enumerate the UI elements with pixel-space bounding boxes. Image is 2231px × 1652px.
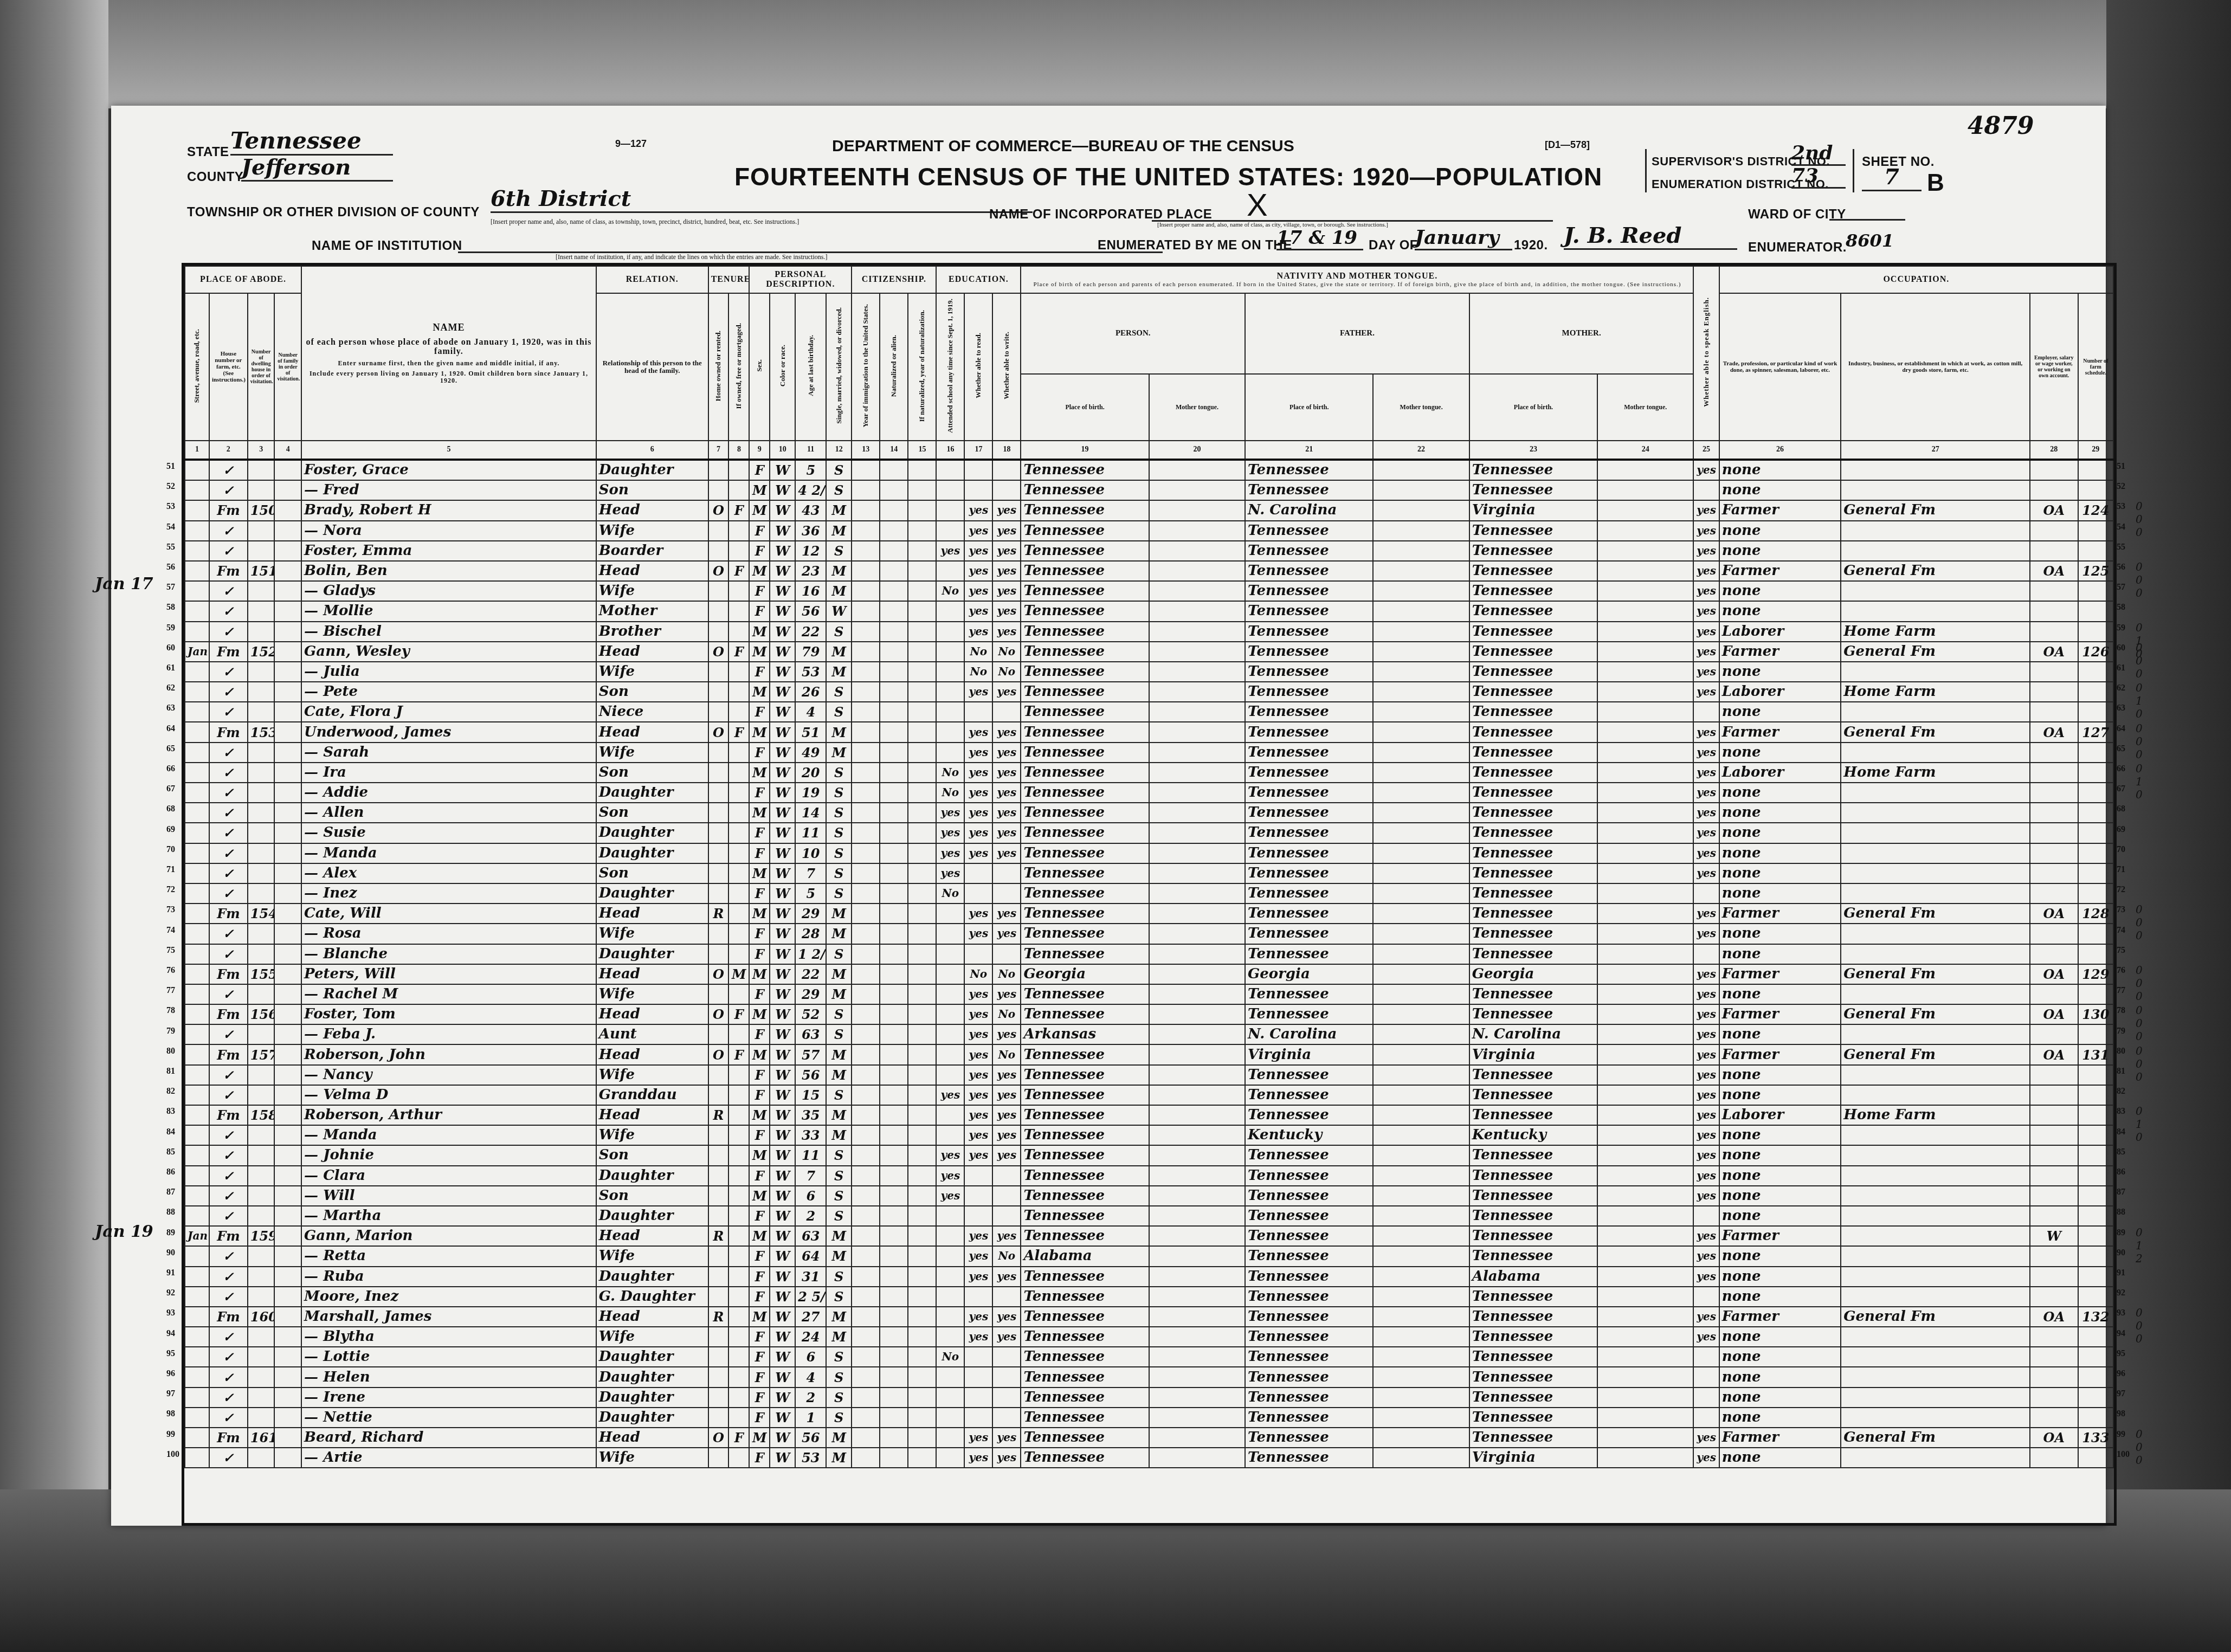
cell-mortgage: F: [728, 500, 749, 520]
cell-mother_pob: Tennessee: [1469, 823, 1597, 843]
cell-farm: [2078, 924, 2113, 944]
cell-empty: [908, 944, 936, 964]
line-number: 72: [2117, 885, 2125, 895]
cell-owned: [708, 1125, 729, 1145]
cell-family: [274, 1065, 301, 1085]
cell-english: [1693, 1206, 1719, 1226]
line-number: 64: [166, 724, 175, 734]
cell-age: 63: [795, 1024, 826, 1044]
cell-empty: [852, 1347, 880, 1367]
cell-father_pob: Tennessee: [1245, 622, 1373, 642]
cell-street: [185, 682, 209, 702]
cell-school: No: [936, 581, 964, 601]
cell-empty: [1149, 1246, 1245, 1266]
cell-relation: Daughter: [596, 1367, 708, 1387]
cell-father_pob: N. Carolina: [1245, 500, 1373, 520]
line-number: 71: [166, 865, 175, 875]
cell-empty: [1373, 1226, 1469, 1246]
header-c28: Employer, salary or wage worker, or work…: [2030, 293, 2078, 441]
cell-empty: [880, 944, 908, 964]
cell-employer: [2030, 1065, 2078, 1085]
cell-industry: General Fm: [1841, 642, 2030, 662]
cell-family: [274, 1206, 301, 1226]
cell-mother_pob: Tennessee: [1469, 642, 1597, 662]
line-number: 52: [2117, 482, 2125, 492]
cell-marital: M: [826, 1065, 852, 1085]
cell-sex: M: [749, 682, 770, 702]
cell-age: 14: [795, 803, 826, 823]
line-number: 63: [166, 704, 175, 713]
line-number: 74: [166, 926, 175, 935]
cell-write: yes: [992, 904, 1021, 924]
cell-employer: [2030, 460, 2078, 480]
cell-industry: [1841, 460, 2030, 480]
cell-race: W: [770, 1206, 795, 1226]
cell-name: — Sarah: [301, 743, 596, 763]
cell-employer: OA: [2030, 500, 2078, 520]
cell-industry: [1841, 863, 2030, 883]
cell-empty: [880, 1388, 908, 1408]
cell-empty: [852, 581, 880, 601]
cell-mother_pob: Tennessee: [1469, 1408, 1597, 1428]
cell-dwelling: [248, 662, 275, 682]
cell-empty: [1149, 1307, 1245, 1327]
cell-mortgage: [728, 924, 749, 944]
cell-marital: M: [826, 1226, 852, 1246]
cell-empty: [852, 1065, 880, 1085]
cell-school: [936, 1327, 964, 1347]
cell-mortgage: [728, 823, 749, 843]
line-number: 95: [2117, 1349, 2125, 1359]
line-number: 70: [166, 845, 175, 855]
cell-age: 53: [795, 1448, 826, 1468]
column-number: 8: [728, 441, 749, 460]
cell-marital: S: [826, 843, 852, 863]
cell-trade: none: [1719, 1367, 1841, 1387]
cell-write: yes: [992, 500, 1021, 520]
cell-sex: F: [749, 1367, 770, 1387]
table-row: Fm153Underwood, JamesHeadOFMW51MyesyesTe…: [185, 722, 2113, 742]
line-number: 80: [166, 1047, 175, 1056]
cell-industry: Home Farm: [1841, 763, 2030, 783]
cell-age: 24: [795, 1327, 826, 1347]
cell-age: 31: [795, 1267, 826, 1287]
cell-school: [936, 743, 964, 763]
line-number: 82: [166, 1087, 175, 1096]
cell-employer: [2030, 1206, 2078, 1226]
cell-empty: [1597, 1145, 1693, 1165]
cell-industry: General Fm: [1841, 500, 2030, 520]
cell-employer: [2030, 1246, 2078, 1266]
line-number: 97: [2117, 1389, 2125, 1399]
cell-farm: 126: [2078, 642, 2113, 662]
cell-owned: [708, 1145, 729, 1165]
cell-mother_pob: Tennessee: [1469, 944, 1597, 964]
line-number: 55: [166, 543, 175, 552]
cell-house: Fm: [209, 1307, 248, 1327]
cell-pob: Arkansas: [1021, 1024, 1149, 1044]
county-value: Jefferson: [241, 154, 393, 182]
cell-family: [274, 702, 301, 722]
cell-mother_pob: Tennessee: [1469, 702, 1597, 722]
cell-sex: F: [749, 1065, 770, 1085]
cell-house: Fm: [209, 1105, 248, 1125]
cell-trade: none: [1719, 1267, 1841, 1287]
column-number: 16: [936, 441, 964, 460]
cell-relation: Wife: [596, 743, 708, 763]
cell-school: [936, 642, 964, 662]
cell-house: ✓: [209, 460, 248, 480]
cell-english: yes: [1693, 1065, 1719, 1085]
line-number: 59: [166, 623, 175, 633]
cell-empty: [880, 480, 908, 500]
cell-pob: Tennessee: [1021, 1287, 1149, 1307]
cell-farm: [2078, 682, 2113, 702]
cell-empty: [1373, 863, 1469, 883]
cell-dwelling: 157: [248, 1044, 275, 1064]
cell-empty: [880, 1448, 908, 1468]
cell-industry: General Fm: [1841, 904, 2030, 924]
line-number: 96: [166, 1369, 175, 1379]
cell-house: ✓: [209, 662, 248, 682]
cell-empty: [1373, 642, 1469, 662]
cell-name: — Susie: [301, 823, 596, 843]
cell-house: ✓: [209, 1448, 248, 1468]
cell-read: [964, 1347, 992, 1367]
township-label: TOWNSHIP OR OTHER DIVISION OF COUNTY: [187, 205, 480, 220]
cell-empty: [1597, 1287, 1693, 1307]
cell-empty: [852, 863, 880, 883]
cell-empty: [1373, 581, 1469, 601]
cell-empty: [852, 601, 880, 621]
line-number: 60: [2117, 643, 2125, 653]
cell-trade: none: [1719, 1246, 1841, 1266]
cell-family: [274, 1307, 301, 1327]
table-row: ✓Foster, GraceDaughterFW5STennesseeTenne…: [185, 460, 2113, 480]
cell-english: yes: [1693, 1145, 1719, 1165]
cell-marital: M: [826, 1246, 852, 1266]
cell-read: yes: [964, 823, 992, 843]
cell-relation: Aunt: [596, 1024, 708, 1044]
cell-empty: [852, 964, 880, 984]
group-personal: PERSONAL DESCRIPTION.: [749, 266, 852, 293]
cell-write: yes: [992, 722, 1021, 742]
cell-employer: [2030, 843, 2078, 863]
cell-empty: [1597, 1085, 1693, 1105]
cell-relation: Head: [596, 904, 708, 924]
cell-read: yes: [964, 743, 992, 763]
cell-father_pob: Tennessee: [1245, 521, 1373, 541]
cell-pob: Tennessee: [1021, 863, 1149, 883]
cell-father_pob: Tennessee: [1245, 702, 1373, 722]
cell-marital: S: [826, 1186, 852, 1206]
cell-name: — Alex: [301, 863, 596, 883]
table-row: ✓— AddieDaughterFW19SNoyesyesTennesseeTe…: [185, 783, 2113, 803]
cell-family: [274, 924, 301, 944]
header-c13: Year of immigration to the United States…: [852, 293, 880, 441]
cell-father_pob: Tennessee: [1245, 1448, 1373, 1468]
cell-marital: S: [826, 1085, 852, 1105]
line-number: 89: [2117, 1228, 2125, 1238]
cell-mortgage: [728, 1367, 749, 1387]
cell-mother_pob: Tennessee: [1469, 541, 1597, 561]
cell-empty: [1373, 541, 1469, 561]
cell-owned: O: [708, 1044, 729, 1064]
line-number: 56: [2117, 563, 2125, 572]
table-row: Fm151Bolin, BenHeadOFMW23MyesyesTennesse…: [185, 561, 2113, 581]
coder-mark: 0 0 0: [2136, 560, 2143, 599]
column-number: 5: [301, 441, 596, 460]
cell-industry: [1841, 1024, 2030, 1044]
cell-dwelling: [248, 1408, 275, 1428]
cell-school: [936, 601, 964, 621]
cell-empty: [1149, 984, 1245, 1004]
cell-pob: Tennessee: [1021, 843, 1149, 863]
cell-industry: [1841, 1186, 2030, 1206]
cell-father_pob: Tennessee: [1245, 1388, 1373, 1408]
cell-read: yes: [964, 1267, 992, 1287]
cell-sex: F: [749, 521, 770, 541]
line-number: 68: [2117, 804, 2125, 814]
cell-mortgage: [728, 521, 749, 541]
cell-empty: [880, 1327, 908, 1347]
column-number: 10: [770, 441, 795, 460]
cell-mortgage: [728, 541, 749, 561]
cell-empty: [1149, 1186, 1245, 1206]
cell-empty: [852, 1287, 880, 1307]
cell-empty: [1373, 763, 1469, 783]
cell-pob: Tennessee: [1021, 1408, 1149, 1428]
cell-dwelling: [248, 783, 275, 803]
line-number: 63: [2117, 704, 2125, 713]
cell-relation: Head: [596, 500, 708, 520]
cell-mortgage: [728, 1085, 749, 1105]
cell-mother_pob: Tennessee: [1469, 682, 1597, 702]
cell-street: [185, 1166, 209, 1186]
cell-family: [274, 843, 301, 863]
cell-name: — Rachel M: [301, 984, 596, 1004]
institution-label: NAME OF INSTITUTION: [312, 238, 462, 254]
cell-family: [274, 1408, 301, 1428]
cell-write: yes: [992, 521, 1021, 541]
column-number: 14: [880, 441, 908, 460]
corner-stamp: 4879: [1968, 112, 2034, 140]
cell-owned: [708, 1367, 729, 1387]
line-number: 88: [2117, 1208, 2125, 1217]
line-number: 100: [2117, 1450, 2130, 1460]
line-number: 69: [166, 825, 175, 835]
cell-name: — Manda: [301, 843, 596, 863]
cell-relation: Daughter: [596, 843, 708, 863]
cell-family: [274, 541, 301, 561]
cell-farm: [2078, 1226, 2113, 1246]
column-number: 19: [1021, 441, 1149, 460]
cell-name: — Ira: [301, 763, 596, 783]
cell-read: [964, 1388, 992, 1408]
enumerated-label: ENUMERATED BY ME ON THE: [1098, 238, 1292, 253]
cell-empty: [908, 1367, 936, 1387]
cell-english: yes: [1693, 541, 1719, 561]
cell-age: 36: [795, 521, 826, 541]
cell-father_pob: Tennessee: [1245, 1206, 1373, 1226]
cell-pob: Tennessee: [1021, 1428, 1149, 1448]
cell-read: [964, 480, 992, 500]
line-number: 86: [166, 1167, 175, 1177]
cell-employer: [2030, 924, 2078, 944]
cell-farm: [2078, 1125, 2113, 1145]
cell-mortgage: [728, 783, 749, 803]
cell-owned: [708, 1448, 729, 1468]
table-row: Fm156Foster, TomHeadOFMW52SyesNoTennesse…: [185, 1004, 2113, 1024]
cell-sex: M: [749, 803, 770, 823]
cell-empty: [908, 581, 936, 601]
cell-school: yes: [936, 823, 964, 843]
cell-empty: [1149, 1044, 1245, 1064]
cell-father_pob: Tennessee: [1245, 883, 1373, 904]
cell-farm: [2078, 702, 2113, 722]
cell-empty: [908, 1267, 936, 1287]
cell-name: Foster, Tom: [301, 1004, 596, 1024]
cell-street: [185, 1206, 209, 1226]
column-number: 6: [596, 441, 708, 460]
line-number: 51: [2117, 462, 2125, 472]
cell-mother_pob: Tennessee: [1469, 561, 1597, 581]
cell-sex: F: [749, 1448, 770, 1468]
cell-sex: F: [749, 1388, 770, 1408]
cell-farm: [2078, 1105, 2113, 1125]
cell-empty: [908, 743, 936, 763]
cell-industry: [1841, 924, 2030, 944]
cell-dwelling: [248, 763, 275, 783]
cell-name: — Allen: [301, 803, 596, 823]
line-number: 64: [2117, 724, 2125, 734]
column-number: 1: [185, 441, 209, 460]
cell-owned: [708, 863, 729, 883]
cell-industry: [1841, 843, 2030, 863]
cell-english: yes: [1693, 561, 1719, 581]
cell-empty: [852, 521, 880, 541]
cell-empty: [1597, 863, 1693, 883]
cell-marital: M: [826, 581, 852, 601]
cell-industry: Home Farm: [1841, 1105, 2030, 1125]
line-number: 91: [166, 1268, 175, 1278]
cell-age: 56: [795, 1428, 826, 1448]
cell-age: 56: [795, 1065, 826, 1085]
cell-sex: M: [749, 1428, 770, 1448]
table-row: ✓— NoraWifeFW36MyesyesTennesseeTennessee…: [185, 521, 2113, 541]
cell-race: W: [770, 1166, 795, 1186]
cell-empty: [1373, 1024, 1469, 1044]
cell-farm: [2078, 622, 2113, 642]
cell-pob: Tennessee: [1021, 743, 1149, 763]
cell-owned: [708, 944, 729, 964]
cell-house: ✓: [209, 601, 248, 621]
cell-father_pob: Tennessee: [1245, 1065, 1373, 1085]
cell-owned: [708, 541, 729, 561]
cell-family: [274, 743, 301, 763]
cell-empty: [1373, 843, 1469, 863]
cell-english: [1693, 883, 1719, 904]
cell-english: yes: [1693, 622, 1719, 642]
cell-marital: M: [826, 924, 852, 944]
cell-english: yes: [1693, 1186, 1719, 1206]
cell-owned: [708, 1408, 729, 1428]
cell-empty: [1149, 480, 1245, 500]
cell-employer: [2030, 581, 2078, 601]
cell-street: [185, 964, 209, 984]
cell-empty: [1597, 1428, 1693, 1448]
form-code: [D1—578]: [1545, 139, 1590, 151]
cell-name: Roberson, Arthur: [301, 1105, 596, 1125]
cell-read: yes: [964, 1105, 992, 1125]
cell-street: [185, 743, 209, 763]
cell-school: [936, 1206, 964, 1226]
cell-read: yes: [964, 1448, 992, 1468]
cell-mortgage: [728, 1246, 749, 1266]
cell-marital: M: [826, 500, 852, 520]
cell-mother_pob: Tennessee: [1469, 662, 1597, 682]
cell-empty: [1373, 480, 1469, 500]
cell-empty: [852, 662, 880, 682]
cell-empty: [1149, 1145, 1245, 1165]
cell-write: yes: [992, 682, 1021, 702]
cell-family: [274, 984, 301, 1004]
cell-marital: S: [826, 1388, 852, 1408]
cell-house: Fm: [209, 561, 248, 581]
cell-english: yes: [1693, 1085, 1719, 1105]
cell-english: yes: [1693, 521, 1719, 541]
line-number: 73: [166, 905, 175, 915]
cell-farm: [2078, 1408, 2113, 1428]
cell-pob: Tennessee: [1021, 682, 1149, 702]
cell-empty: [852, 1246, 880, 1266]
cell-mother_pob: Tennessee: [1469, 460, 1597, 480]
cell-age: 23: [795, 561, 826, 581]
cell-empty: [1149, 1105, 1245, 1125]
cell-father_pob: Tennessee: [1245, 581, 1373, 601]
cell-father_pob: Tennessee: [1245, 763, 1373, 783]
cell-street: Jan 17: [185, 642, 209, 662]
cell-father_pob: Tennessee: [1245, 984, 1373, 1004]
cell-empty: [852, 843, 880, 863]
table-row: Fm150Brady, Robert HHeadOFMW43MyesyesTen…: [185, 500, 2113, 520]
cell-empty: [1597, 1408, 1693, 1428]
cell-mother_pob: Tennessee: [1469, 1327, 1597, 1347]
cell-industry: [1841, 1145, 2030, 1165]
cell-read: yes: [964, 722, 992, 742]
cell-mortgage: [728, 1186, 749, 1206]
cell-english: yes: [1693, 823, 1719, 843]
cell-age: 20: [795, 763, 826, 783]
cell-read: yes: [964, 1065, 992, 1085]
cell-empty: [1597, 1166, 1693, 1186]
cell-street: [185, 1145, 209, 1165]
cell-read: [964, 1367, 992, 1387]
cell-age: 11: [795, 1145, 826, 1165]
cell-sex: F: [749, 1166, 770, 1186]
cell-name: Marshall, James: [301, 1307, 596, 1327]
state-value: Tennessee: [230, 127, 393, 156]
cell-empty: [908, 1226, 936, 1246]
cell-empty: [1373, 1166, 1469, 1186]
cell-street: [185, 601, 209, 621]
cell-trade: none: [1719, 1347, 1841, 1367]
cell-trade: none: [1719, 480, 1841, 500]
column-number: 26: [1719, 441, 1841, 460]
cell-write: No: [992, 642, 1021, 662]
cell-father_pob: Tennessee: [1245, 924, 1373, 944]
cell-mortgage: [728, 601, 749, 621]
